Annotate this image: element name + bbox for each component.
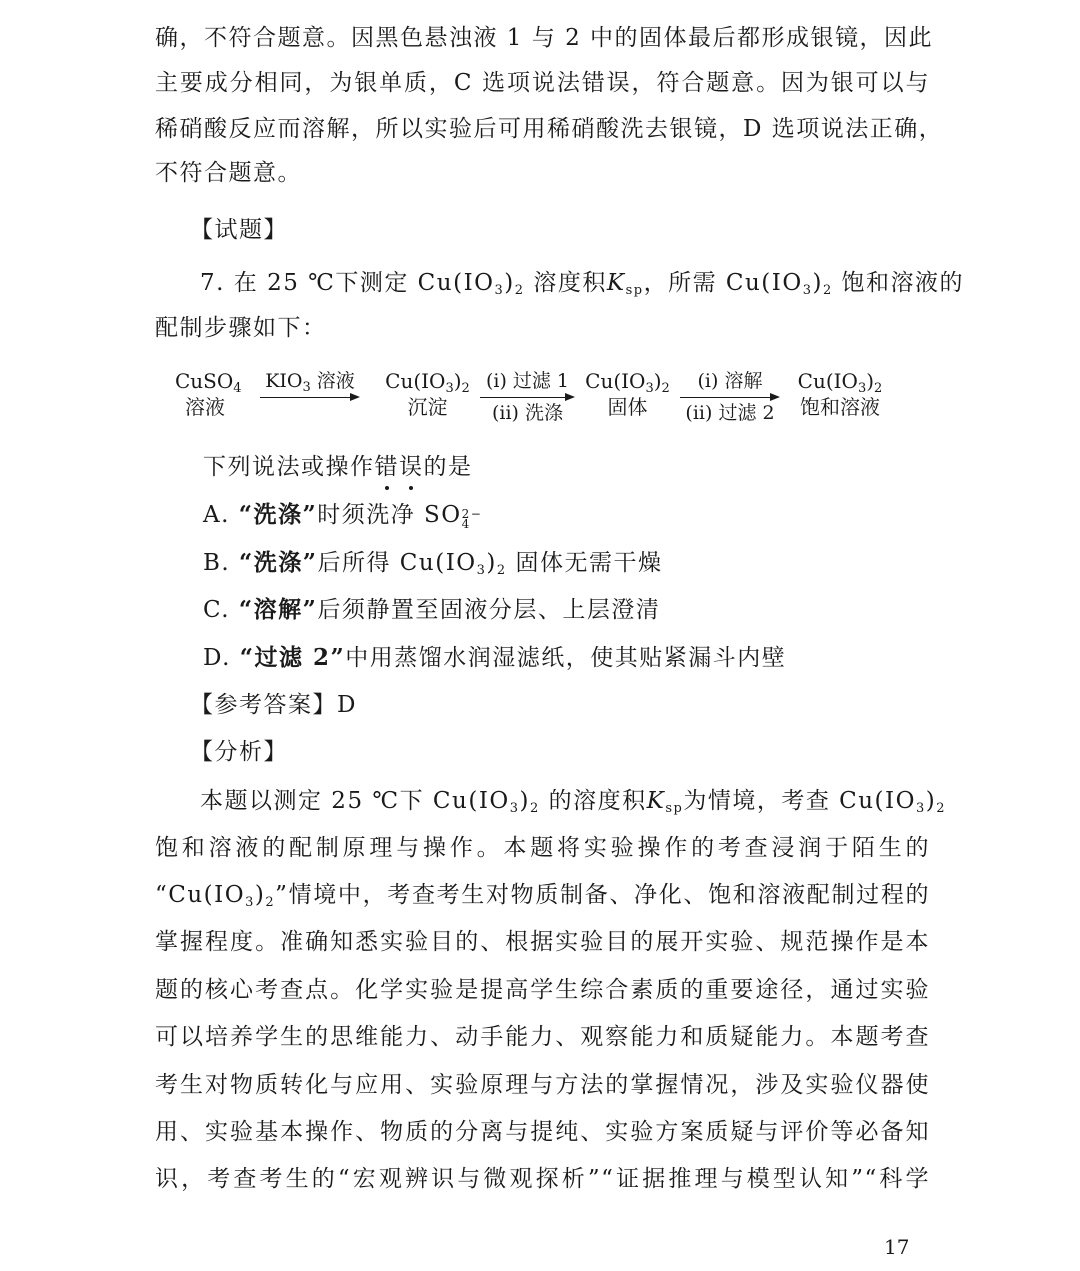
text: 后须静置至固液分层、上层澄清 xyxy=(317,597,660,623)
scheme-node-cuso4: CuSO4 溶液 xyxy=(175,368,235,420)
paragraph-line: 确，不符合题意。因黑色悬浊液 1 与 2 中的固体最后都形成银镜，因此 xyxy=(155,23,930,53)
subscript: 2 xyxy=(936,801,946,816)
page-number: 17 xyxy=(884,1235,909,1259)
subscript: 2 xyxy=(662,381,670,396)
ksp-symbol: K xyxy=(607,270,626,296)
analysis-line: 掌握程度。准确知悉实验目的、根据实验目的展开实验、规范操作是本 xyxy=(155,927,930,957)
text: Cu(IO xyxy=(385,369,445,393)
paragraph-line: 不符合题意。 xyxy=(155,158,930,188)
text: (ii) 洗涤 xyxy=(480,400,575,426)
text: ，所需 Cu(IO xyxy=(644,270,803,296)
option-label: C. xyxy=(203,597,239,623)
arrow-shaft xyxy=(680,397,774,398)
subscript: 3 xyxy=(302,380,310,395)
analysis-line: 饱和溶液的配制原理与操作。本题将实验操作的考查浸润于陌生的 xyxy=(155,833,930,863)
text: 溶液 xyxy=(311,370,355,392)
text: 饱和溶液 xyxy=(790,394,890,420)
question-prompt: 下列说法或操作错误的是 xyxy=(203,452,978,482)
subscript: 2 xyxy=(515,283,525,298)
ksp-symbol: K xyxy=(647,788,666,814)
text: 饱和溶液的 xyxy=(833,270,964,296)
subscript: 2 xyxy=(497,563,507,578)
text: 固体 xyxy=(585,394,670,420)
text: 沉淀 xyxy=(385,394,470,420)
subscript: 4 xyxy=(233,381,241,396)
text: ) xyxy=(520,788,530,814)
option-c: C. “溶解”后须静置至固液分层、上层澄清 xyxy=(203,595,978,625)
paragraph-line: 稀硝酸反应而溶解，所以实验后可用稀硝酸洗去银镜，D 选项说法正确， xyxy=(155,114,930,144)
question-stem-line1: 7. 在 25 ℃下测定 Cu(IO3)2 溶度积Ksp，所需 Cu(IO3)2… xyxy=(200,268,930,298)
text: 中用蒸馏水润湿滤纸，使其贴紧漏斗内壁 xyxy=(345,645,786,671)
scheme-node-precipitate: Cu(IO3)2 沉淀 xyxy=(385,368,470,420)
option-a: A. “洗涤”时须洗净 SO2−4 xyxy=(203,500,978,530)
subscript: 2 xyxy=(530,801,540,816)
text: KIO xyxy=(265,370,302,392)
option-label: A. xyxy=(203,502,239,528)
text: ) xyxy=(486,550,496,576)
subscript: 2 xyxy=(265,895,275,910)
question-stem-line2: 配制步骤如下： xyxy=(155,313,930,343)
text: 溶液 xyxy=(175,394,235,420)
text: 固体无需干燥 xyxy=(507,550,663,576)
scheme-arrow-3: (i) 溶解 (ii) 过滤 2 xyxy=(680,368,780,432)
subscript: sp xyxy=(665,801,683,816)
text: (i) 过滤 1 xyxy=(480,368,575,394)
subscript: sp xyxy=(626,283,644,298)
analysis-line: 可以培养学生的思维能力、动手能力、观察能力和质疑能力。本题考查 xyxy=(155,1022,930,1052)
text: (i) 溶解 xyxy=(680,368,780,394)
analysis-line: 用、实验基本操作、物质的分离与提纯、实验方案质疑与评价等必备知 xyxy=(155,1117,930,1147)
emphasis-dot-text: 误 xyxy=(399,454,424,480)
text: 下列说法或操作 xyxy=(203,454,375,480)
option-label: B. xyxy=(203,550,239,576)
text: 后所得 Cu(IO xyxy=(318,550,477,576)
answer-label: 【参考答案】 xyxy=(190,692,337,718)
text: “Cu(IO xyxy=(155,882,245,908)
text: ) xyxy=(504,270,514,296)
option-keyword: “过滤 2” xyxy=(240,644,345,671)
subscript: 3 xyxy=(245,895,255,910)
document-page: 确，不符合题意。因黑色悬浊液 1 与 2 中的固体最后都形成银镜，因此 主要成分… xyxy=(0,0,1080,1271)
arrow-shaft xyxy=(260,397,354,398)
arrow-shaft xyxy=(480,397,569,398)
text: ”情境中，考查考生对物质制备、净化、饱和溶液配制过程的 xyxy=(275,882,930,908)
subscript: 3 xyxy=(495,283,505,298)
preparation-scheme: CuSO4 溶液 KIO3 溶液 Cu(IO3)2 沉淀 (i) 过滤 1 (i… xyxy=(175,368,895,432)
subscript: 3 xyxy=(510,801,520,816)
text: ) xyxy=(866,369,874,393)
scheme-arrow-1: KIO3 溶液 xyxy=(260,368,360,432)
analysis-line: 本题以测定 25 ℃下 Cu(IO3)2 的溶度积Ksp为情境，考查 Cu(IO… xyxy=(200,786,930,816)
scheme-arrow-2: (i) 过滤 1 (ii) 洗涤 xyxy=(480,368,575,432)
answer-value: D xyxy=(337,692,357,718)
text: CuSO xyxy=(175,369,233,393)
text: 的是 xyxy=(424,454,473,480)
reference-answer: 【参考答案】D xyxy=(190,690,965,720)
text: 为情境，考查 Cu(IO xyxy=(683,788,916,814)
text: Cu(IO xyxy=(798,369,858,393)
subscript: 3 xyxy=(477,563,487,578)
option-b: B. “洗涤”后所得 Cu(IO3)2 固体无需干燥 xyxy=(203,548,978,578)
analysis-line: 识，考查考生的“宏观辨识与微观探析”“证据推理与模型认知”“科学 xyxy=(155,1164,930,1194)
text: ) xyxy=(654,369,662,393)
text: (ii) 过滤 2 xyxy=(680,400,780,426)
emphasis-dot-text: 错 xyxy=(375,454,400,480)
option-keyword: “溶解” xyxy=(239,596,317,623)
arrow-head-icon xyxy=(350,393,360,401)
paragraph-line: 主要成分相同，为银单质，C 选项说法错误，符合题意。因为银可以与 xyxy=(155,68,930,98)
text: ) xyxy=(454,369,462,393)
option-d: D. “过滤 2”中用蒸馏水润湿滤纸，使其贴紧漏斗内壁 xyxy=(203,643,978,673)
text: ) xyxy=(926,788,936,814)
option-label: D. xyxy=(203,645,240,671)
text: 的溶度积 xyxy=(540,788,647,814)
analysis-line: 题的核心考查点。化学实验是提高学生综合素质的重要途径，通过实验 xyxy=(155,975,930,1005)
scheme-node-solid: Cu(IO3)2 固体 xyxy=(585,368,670,420)
subscript: 2 xyxy=(823,283,833,298)
text: ) xyxy=(812,270,822,296)
text: ) xyxy=(255,882,265,908)
option-keyword: “洗涤” xyxy=(239,501,317,528)
subscript: 3 xyxy=(916,801,926,816)
analysis-line: 考生对物质转化与应用、实验原理与方法的掌握情况，涉及实验仪器使 xyxy=(155,1070,930,1100)
text: 本题以测定 25 ℃下 Cu(IO xyxy=(200,788,510,814)
analysis-line: “Cu(IO3)2”情境中，考查考生对物质制备、净化、饱和溶液配制过程的 xyxy=(155,880,930,910)
scheme-node-saturated-solution: Cu(IO3)2 饱和溶液 xyxy=(790,368,890,420)
subscript: 2 xyxy=(462,381,470,396)
ion-charge: 2−4 xyxy=(462,509,483,529)
text: 7. 在 25 ℃下测定 Cu(IO xyxy=(200,270,495,296)
section-heading-analysis: 【分析】 xyxy=(190,737,965,767)
option-keyword: “洗涤” xyxy=(239,549,317,576)
text: Cu(IO xyxy=(585,369,645,393)
section-heading-question: 【试题】 xyxy=(190,215,965,245)
text: 时须洗净 SO xyxy=(317,502,461,528)
text: 溶度积 xyxy=(525,270,607,296)
